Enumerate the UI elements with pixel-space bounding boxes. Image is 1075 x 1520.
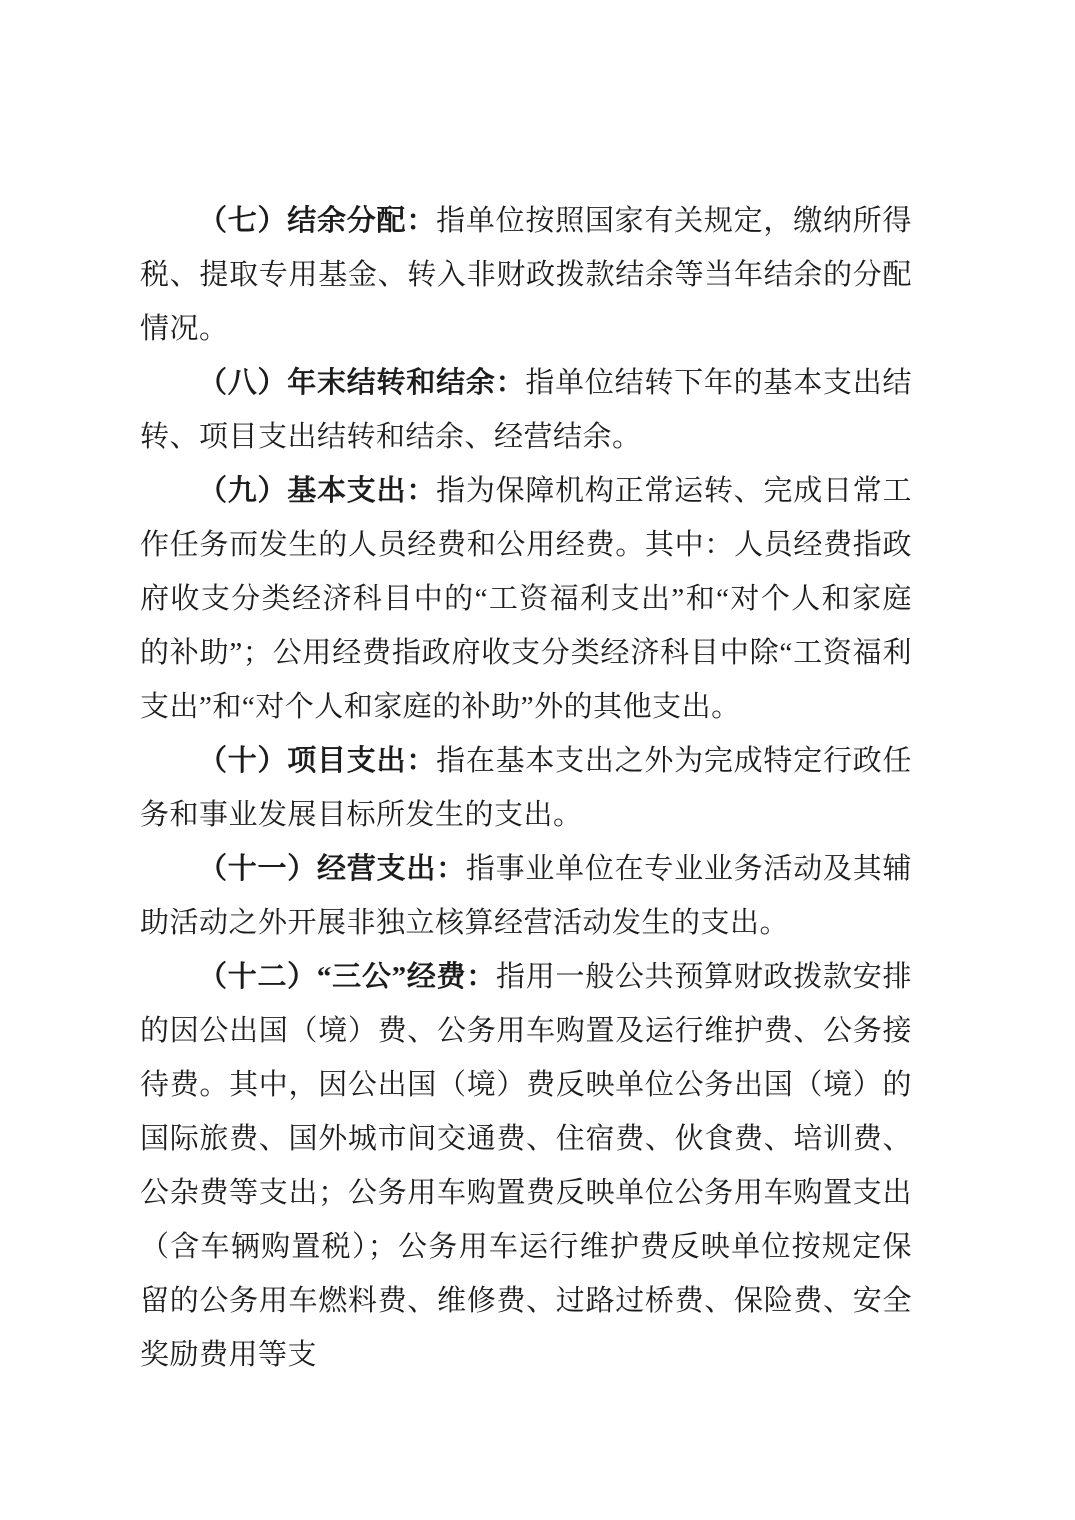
paragraph-lead: （九）基本支出： bbox=[198, 475, 436, 507]
paragraph-9-basic-expenditure: （九）基本支出：指为保障机构正常运转、完成日常工作任务而发生的人员经费和公用经费… bbox=[140, 464, 912, 734]
paragraph-lead: （七）结余分配： bbox=[198, 205, 436, 237]
paragraph-body-text: 指为保障机构正常运转、完成日常工作任务而发生的人员经费和公用经费。其中：人员经费… bbox=[140, 475, 912, 723]
paragraph-12-three-public-funds: （十二）“三公”经费：指用一般公共预算财政拨款安排的因公出国（境）费、公务用车购… bbox=[140, 950, 912, 1382]
paragraph-lead: （十）项目支出： bbox=[198, 745, 436, 777]
paragraph-7-surplus-distribution: （七）结余分配：指单位按照国家有关规定，缴纳所得税、提取专用基金、转入非财政拨款… bbox=[140, 194, 912, 356]
paragraph-lead: （八）年末结转和结余： bbox=[198, 367, 525, 399]
paragraph-10-project-expenditure: （十）项目支出：指在基本支出之外为完成特定行政任务和事业发展目标所发生的支出。 bbox=[140, 734, 912, 842]
paragraph-body-text: 指用一般公共预算财政拨款安排的因公出国（境）费、公务用车购置及运行维护费、公务接… bbox=[140, 961, 912, 1371]
document-body: （七）结余分配：指单位按照国家有关规定，缴纳所得税、提取专用基金、转入非财政拨款… bbox=[140, 194, 912, 1382]
paragraph-11-operating-expenditure: （十一）经营支出：指事业单位在专业业务活动及其辅助活动之外开展非独立核算经营活动… bbox=[140, 842, 912, 950]
paragraph-lead: （十二）“三公”经费： bbox=[198, 961, 496, 993]
paragraph-lead: （十一）经营支出： bbox=[198, 853, 466, 885]
document-page: （七）结余分配：指单位按照国家有关规定，缴纳所得税、提取专用基金、转入非财政拨款… bbox=[0, 0, 1075, 1520]
paragraph-8-year-end-carryover: （八）年末结转和结余：指单位结转下年的基本支出结转、项目支出结转和结余、经营结余… bbox=[140, 356, 912, 464]
